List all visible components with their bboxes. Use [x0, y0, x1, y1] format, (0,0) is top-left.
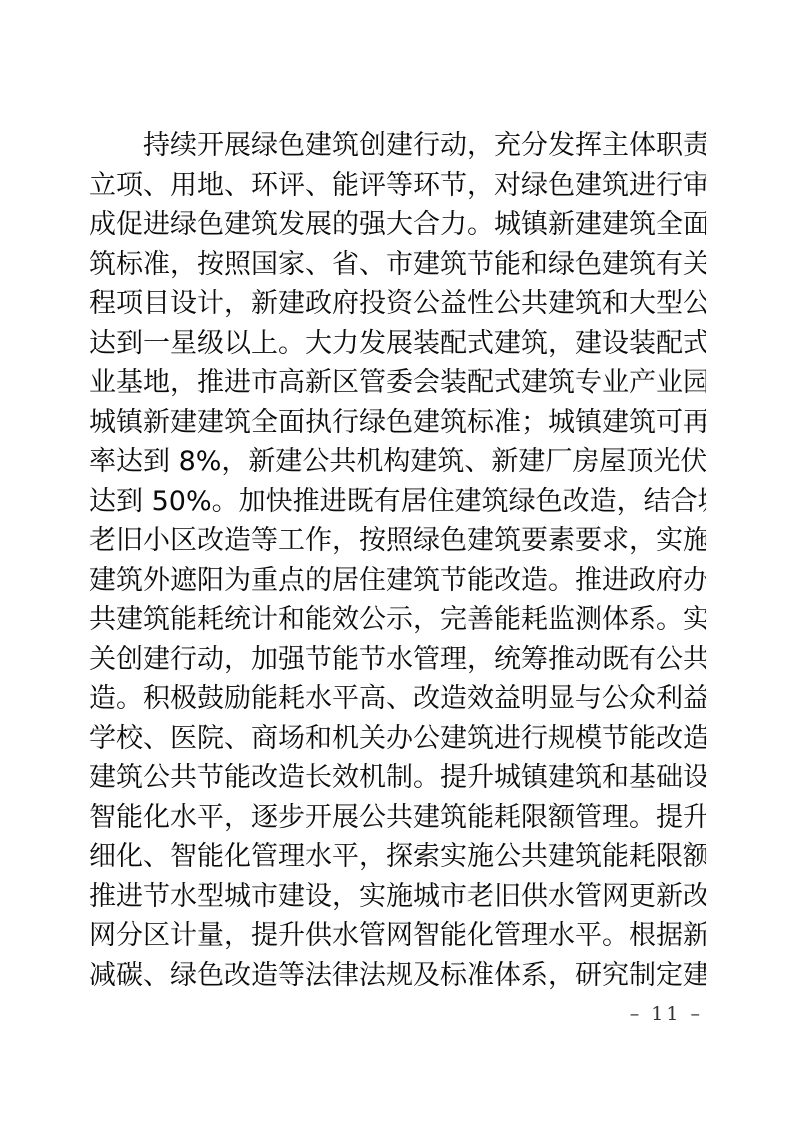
text-line: 老旧小区改造等工作，按照绿色建筑要素要求，实施以建筑门窗、	[89, 521, 706, 561]
text-line: 建筑外遮阳为重点的居住建筑节能改造。推进政府办公建筑和公	[89, 561, 706, 601]
text-line: 智能化水平，逐步开展公共建筑能耗限额管理。提升建筑用能精	[89, 798, 706, 838]
text-line: 筑标准，按照国家、省、市建筑节能和绿色建筑有关要求进行工	[89, 245, 706, 285]
text-line: 程项目设计，新建政府投资公益性公共建筑和大型公共建筑全部	[89, 284, 706, 324]
text-line: 减碳、绿色改造等法律法规及标准体系，研究制定建筑运行能耗	[89, 956, 706, 996]
text-line: 推进节水型城市建设，实施城市老旧供水管网更新改造，推进管	[89, 877, 706, 917]
text-line: 达到 50%。加快推进既有居住建筑绿色改造，结合城市建设更新、	[89, 482, 706, 522]
text-line: 持续开展绿色建筑创建行动，充分发挥主体职责，在规划、	[89, 126, 706, 166]
text-line: 网分区计量，提升供水管网智能化管理水平。根据新建建筑节能、	[89, 916, 706, 956]
text-line: 达到一星级以上。大力发展装配式建筑，建设装配式建筑制造产	[89, 324, 706, 364]
text-line: 造。积极鼓励能耗水平高、改造效益明显与公众利益息息相关的	[89, 679, 706, 719]
text-line: 学校、医院、商场和机关办公建筑进行规模节能改造，建立既有	[89, 719, 706, 759]
document-page: 持续开展绿色建筑创建行动，充分发挥主体职责，在规划、立项、用地、环评、能评等环节…	[0, 0, 793, 1122]
text-line: 共建筑能耗统计和能效公示，完善能耗监测体系。实施节约型机	[89, 600, 706, 640]
page-number: – 11 –	[630, 1003, 703, 1025]
text-line: 业基地，推进市高新区管委会装配式建筑专业产业园区发展。2025 年，	[89, 363, 706, 403]
text-line: 城镇新建建筑全面执行绿色建筑标准；城镇建筑可再生能源替代	[89, 403, 706, 443]
body-text: 持续开展绿色建筑创建行动，充分发挥主体职责，在规划、立项、用地、环评、能评等环节…	[89, 126, 706, 995]
text-line: 建筑公共节能改造长效机制。提升城镇建筑和基础设施运行管理	[89, 758, 706, 798]
text-line: 细化、智能化管理水平，探索实施公共建筑能耗限额管理制度。	[89, 837, 706, 877]
text-line: 立项、用地、环评、能评等环节，对绿色建筑进行审核管理，形	[89, 166, 706, 206]
text-line: 成促进绿色建筑发展的强大合力。城镇新建建筑全面执行绿色建	[89, 205, 706, 245]
text-line: 率达到 8%，新建公共机构建筑、新建厂房屋顶光伏覆盖率力争	[89, 442, 706, 482]
text-line: 关创建行动，加强节能节水管理，统筹推动既有公共建筑绿色改	[89, 640, 706, 680]
